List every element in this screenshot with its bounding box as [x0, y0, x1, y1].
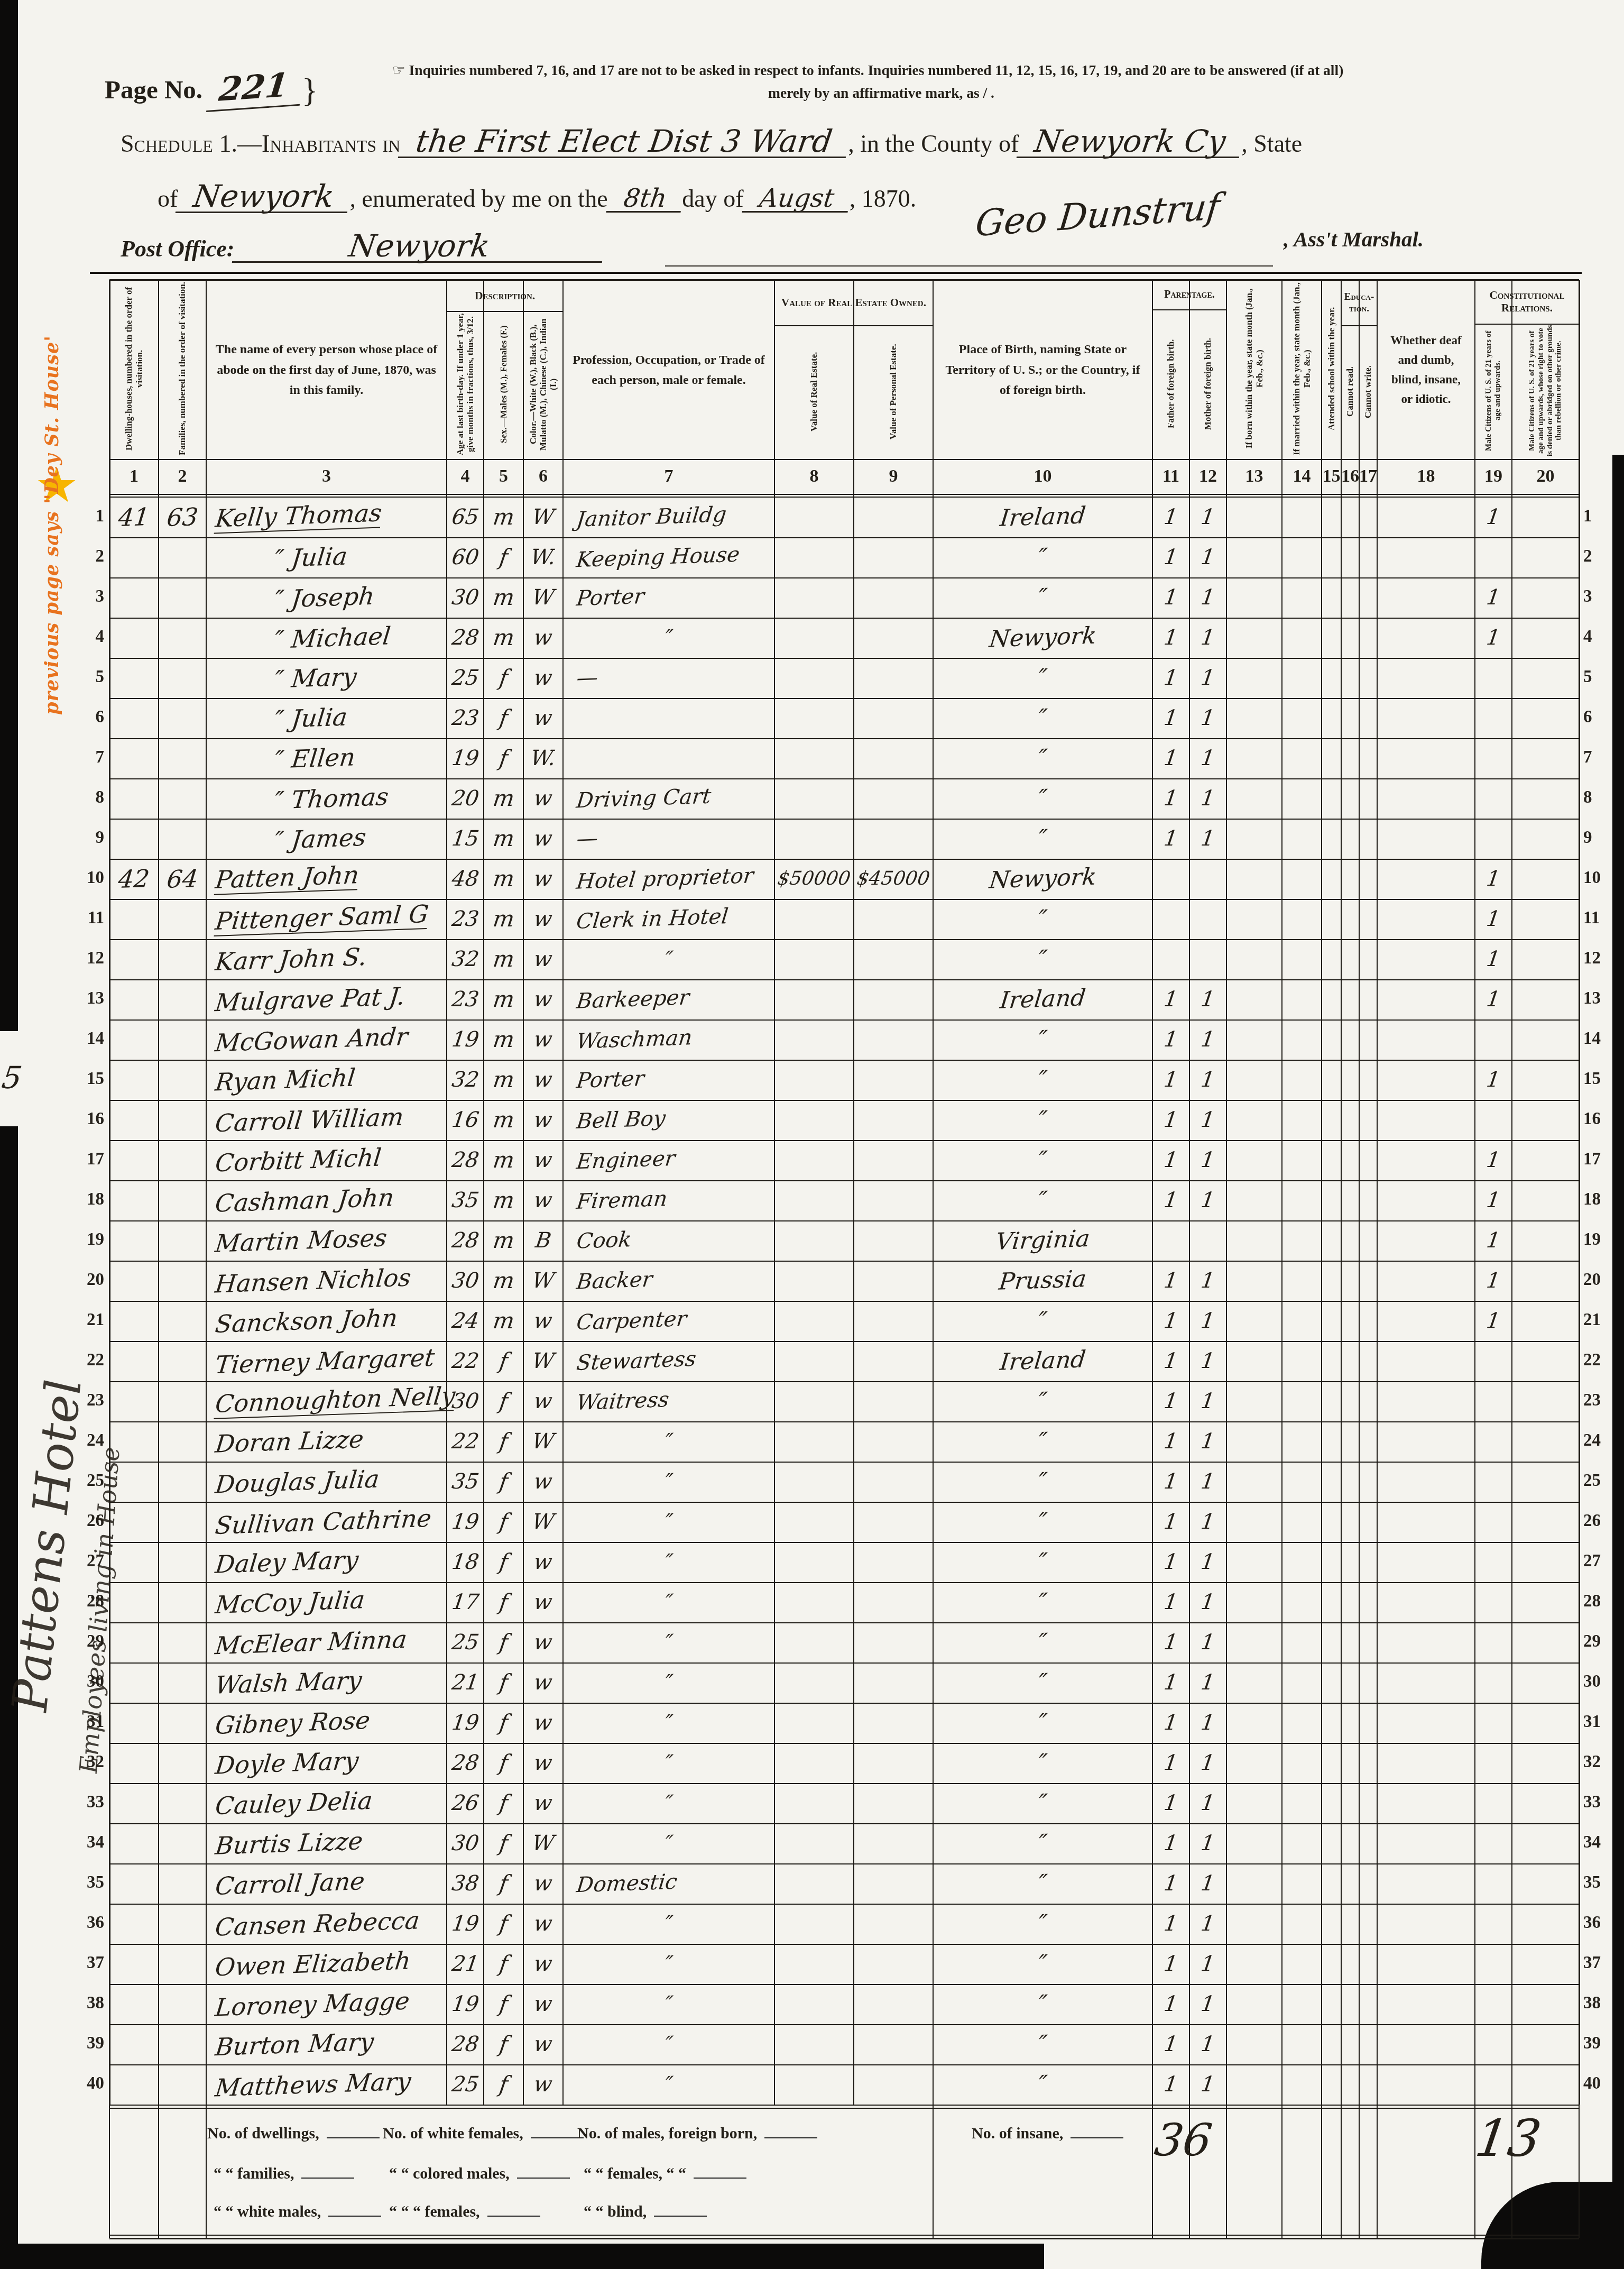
row-number-left: 9 — [80, 828, 104, 848]
row-number-right: 26 — [1583, 1511, 1615, 1531]
row-number-right: 15 — [1583, 1069, 1615, 1089]
cell-age: 25 — [447, 1622, 484, 1662]
cell-male-citizen: 1 — [1475, 1180, 1512, 1220]
cell-father-foreign: 1 — [1152, 1904, 1189, 1944]
cell-male-citizen: 1 — [1475, 979, 1512, 1019]
row-number-left: 22 — [80, 1351, 104, 1370]
cell-father-foreign: 1 — [1152, 658, 1189, 698]
cell-sex: m — [484, 1261, 523, 1301]
census-page: { "page": { "label": "Page No.", "number… — [0, 0, 1624, 2269]
footer-total-foreign-parents: 36 — [1151, 2114, 1215, 2166]
cell-occupation: ″ — [563, 1703, 774, 1743]
row-number-right: 34 — [1583, 1833, 1615, 1852]
row-number-right: 22 — [1583, 1351, 1615, 1370]
cell-age: 21 — [447, 1944, 484, 1984]
cell-name: Loroney Magge — [206, 1984, 447, 2024]
row-number-right: 10 — [1583, 868, 1615, 888]
cell-birthplace: ″ — [933, 819, 1152, 859]
county-field: Newyork Cy — [1017, 126, 1243, 158]
row-number-left: 12 — [80, 949, 104, 968]
cell-dwelling: 41 — [109, 497, 159, 537]
row-number-left: 23 — [80, 1391, 104, 1410]
scan-corner — [1481, 2182, 1624, 2269]
cell-sex: f — [484, 1703, 523, 1743]
cell-birthplace: ″ — [933, 2064, 1152, 2105]
row-number-right: 11 — [1583, 908, 1615, 928]
cell-color: w — [523, 819, 563, 859]
cell-occupation: Bell Boy — [563, 1100, 774, 1140]
cell-occupation: Clerk in Hotel — [563, 899, 774, 939]
cell-name: Mulgrave Pat J. — [206, 979, 447, 1019]
row-number-right: 20 — [1583, 1270, 1615, 1290]
schedule-line-1: Schedule 1.—Inhabitants in the First Ele… — [121, 126, 1302, 158]
cell-name: ″ Joseph — [206, 577, 447, 618]
table-grid-line — [853, 280, 854, 2105]
cell-father-foreign: 1 — [1152, 1743, 1189, 1783]
cell-birthplace: ″ — [933, 537, 1152, 577]
footer-item: “ “ females, “ “ — [584, 2165, 746, 2183]
state-field: Newyork — [176, 181, 352, 213]
cell-mother-foreign: 1 — [1189, 819, 1226, 859]
cell-name: Patten John — [206, 859, 447, 899]
cell-color: w — [523, 939, 563, 979]
cell-color: w — [523, 1904, 563, 1944]
column-number-6: 6 — [523, 460, 563, 493]
cell-occupation: Porter — [563, 1060, 774, 1100]
scan-edge-bottom — [0, 2244, 1044, 2269]
table-grid-line — [1359, 2105, 1360, 2238]
cell-father-foreign: 1 — [1152, 1662, 1189, 1703]
cell-father-foreign: 1 — [1152, 1019, 1189, 1060]
cell-birthplace: ″ — [933, 778, 1152, 819]
row-number-left: 38 — [80, 1994, 104, 2013]
cell-color: w — [523, 1462, 563, 1502]
table-grid-line — [1377, 2105, 1378, 2238]
cell-age: 18 — [447, 1542, 484, 1582]
cell-age: 28 — [447, 618, 484, 658]
cell-name: Corbitt Michl — [206, 1140, 447, 1180]
column-header-9: Value of Personal Estate. — [854, 326, 933, 457]
row-number-right: 31 — [1583, 1712, 1615, 1732]
scan-edge-left — [0, 0, 18, 1031]
cell-father-foreign: 1 — [1152, 577, 1189, 618]
cell-mother-foreign: 1 — [1189, 1140, 1226, 1180]
cell-age: 22 — [447, 1421, 484, 1462]
cell-color: w — [523, 2064, 563, 2105]
cell-occupation: Driving Cart — [563, 778, 774, 819]
row-number-right: 40 — [1583, 2074, 1615, 2093]
cell-mother-foreign: 1 — [1189, 778, 1226, 819]
cell-mother-foreign: 1 — [1189, 1662, 1226, 1703]
column-number-9: 9 — [854, 460, 933, 493]
column-number-1: 1 — [109, 460, 159, 493]
row-number-right: 6 — [1583, 708, 1615, 727]
column-group-education: Educa- tion. — [1342, 280, 1377, 326]
cell-name: Sanckson John — [206, 1301, 447, 1341]
cell-sex: m — [484, 939, 523, 979]
cell-mother-foreign: 1 — [1189, 1180, 1226, 1220]
row-number-right: 1 — [1583, 507, 1615, 526]
table-grid-line — [109, 494, 1579, 495]
cell-sex: m — [484, 618, 523, 658]
cell-mother-foreign: 1 — [1189, 1462, 1226, 1502]
cell-birthplace: ″ — [933, 1783, 1152, 1823]
footer-item: No. of white females, — [383, 2125, 584, 2143]
column-header-7: Profession, Occupation, or Trade of each… — [563, 280, 774, 460]
row-number-left: 28 — [80, 1592, 104, 1611]
row-number-right: 24 — [1583, 1431, 1615, 1450]
cell-father-foreign: 1 — [1152, 698, 1189, 738]
row-number-left: 14 — [80, 1029, 104, 1049]
cell-age: 30 — [447, 1381, 484, 1421]
cell-mother-foreign: 1 — [1189, 2024, 1226, 2064]
row-number-right: 37 — [1583, 1953, 1615, 1973]
row-number-right: 14 — [1583, 1029, 1615, 1049]
cell-name: Burtis Lizze — [206, 1823, 447, 1863]
cell-father-foreign: 1 — [1152, 1301, 1189, 1341]
cell-real-estate: $50000 — [774, 859, 854, 899]
row-number-left: 40 — [80, 2074, 104, 2093]
cell-age: 16 — [447, 1100, 484, 1140]
cell-male-citizen: 1 — [1475, 618, 1512, 658]
cell-color: W — [523, 1421, 563, 1462]
cell-birthplace: ″ — [933, 1180, 1152, 1220]
cell-birthplace: ″ — [933, 899, 1152, 939]
table-grid-line — [1474, 2105, 1475, 2238]
cell-age: 19 — [447, 1984, 484, 2024]
cell-father-foreign: 1 — [1152, 1462, 1189, 1502]
row-number-left: 11 — [80, 908, 104, 928]
cell-mother-foreign: 1 — [1189, 1743, 1226, 1783]
cell-name: Doran Lizze — [206, 1421, 447, 1462]
cell-father-foreign: 1 — [1152, 497, 1189, 537]
cell-age: 19 — [447, 1703, 484, 1743]
pointing-hand-icon: ☞ — [392, 62, 405, 79]
cell-dwelling: 42 — [109, 859, 159, 899]
cell-name: Doyle Mary — [206, 1743, 447, 1783]
cell-mother-foreign: 1 — [1189, 1703, 1226, 1743]
cell-sex: f — [484, 1823, 523, 1863]
cell-mother-foreign: 1 — [1189, 1100, 1226, 1140]
cell-name: Walsh Mary — [206, 1662, 447, 1703]
cell-birthplace: ″ — [933, 1502, 1152, 1542]
cell-color: w — [523, 2024, 563, 2064]
enumerated-label: , enumerated by me on the — [350, 185, 608, 213]
row-number-right: 8 — [1583, 788, 1615, 807]
column-number-19: 19 — [1475, 460, 1512, 493]
cell-occupation: ″ — [563, 1904, 774, 1944]
cell-color: W. — [523, 537, 563, 577]
cell-name: Cashman John — [206, 1180, 447, 1220]
cell-occupation: Janitor Buildg — [563, 497, 774, 537]
column-header-6: Color.—White (W.), Black (B.), Mulatto (… — [523, 312, 563, 457]
cell-father-foreign: 1 — [1152, 819, 1189, 859]
cell-birthplace: ″ — [933, 1301, 1152, 1341]
cell-occupation: ″ — [563, 1542, 774, 1582]
marshal-signature: Geo Dunstruf — [973, 186, 1222, 245]
column-number-8: 8 — [774, 460, 854, 493]
cell-male-citizen: 1 — [1475, 899, 1512, 939]
row-number-left: 37 — [80, 1953, 104, 1973]
table-grid-line — [1281, 280, 1282, 2105]
cell-name: McElear Minna — [206, 1622, 447, 1662]
row-number-left: 30 — [80, 1672, 104, 1692]
cell-name: ″ Julia — [206, 537, 447, 577]
cell-father-foreign: 1 — [1152, 1944, 1189, 1984]
column-header-16: Cannot read. — [1341, 326, 1359, 457]
cell-father-foreign: 1 — [1152, 1783, 1189, 1823]
cell-father-foreign: 1 — [1152, 1341, 1189, 1381]
cell-color: w — [523, 1863, 563, 1904]
cell-occupation: Waschman — [563, 1019, 774, 1060]
margin-annotation-note: previous page says "Dey St. House' — [41, 503, 63, 715]
cell-color: w — [523, 1381, 563, 1421]
row-number-right: 27 — [1583, 1551, 1615, 1571]
cell-sex: m — [484, 819, 523, 859]
row-number-left: 3 — [80, 587, 104, 607]
footer-item: “ “ “ females, — [389, 2203, 540, 2221]
cell-occupation: Cook — [563, 1220, 774, 1261]
cell-color: w — [523, 1060, 563, 1100]
cell-birthplace: ″ — [933, 1060, 1152, 1100]
row-number-right: 25 — [1583, 1471, 1615, 1491]
cell-age: 28 — [447, 1140, 484, 1180]
cell-mother-foreign: 1 — [1189, 1622, 1226, 1662]
footer-item: “ “ blind, — [584, 2203, 707, 2221]
cell-mother-foreign: 1 — [1189, 1019, 1226, 1060]
cell-sex: m — [484, 859, 523, 899]
column-number-3: 3 — [206, 460, 447, 493]
cell-sex: f — [484, 1582, 523, 1622]
cell-color: W. — [523, 738, 563, 778]
cell-birthplace: ″ — [933, 1662, 1152, 1703]
cell-birthplace: ″ — [933, 1944, 1152, 1984]
row-number-right: 5 — [1583, 667, 1615, 687]
signature-rule — [665, 265, 1273, 267]
cell-mother-foreign: 1 — [1189, 1421, 1226, 1462]
row-number-right: 38 — [1583, 1994, 1615, 2013]
table-grid-line — [1359, 280, 1360, 2105]
margin-number-note: 5 — [0, 1060, 24, 1096]
cell-sex: m — [484, 1019, 523, 1060]
footer-item: No. of dwellings, — [207, 2125, 380, 2143]
row-number-right: 32 — [1583, 1752, 1615, 1772]
row-number-left: 35 — [80, 1873, 104, 1893]
column-header-17: Cannot write. — [1359, 326, 1377, 457]
post-office-line: Post Office: Newyork — [121, 231, 604, 263]
row-number-left: 10 — [80, 868, 104, 888]
cell-age: 19 — [447, 1502, 484, 1542]
column-number-10: 10 — [933, 460, 1152, 493]
cell-color: w — [523, 1703, 563, 1743]
table-grid-line — [1579, 280, 1580, 2105]
row-number-right: 19 — [1583, 1230, 1615, 1250]
cell-color: w — [523, 979, 563, 1019]
cell-sex: f — [484, 1662, 523, 1703]
column-number-15: 15 — [1322, 460, 1341, 493]
cell-color: w — [523, 1100, 563, 1140]
cell-name: Daley Mary — [206, 1542, 447, 1582]
column-header-2: Families, numbered in the order of visit… — [159, 280, 206, 457]
cell-color: w — [523, 1662, 563, 1703]
cell-color: w — [523, 1783, 563, 1823]
row-number-left: 39 — [80, 2034, 104, 2053]
row-number-right: 9 — [1583, 828, 1615, 848]
cell-name: Kelly Thomas — [206, 497, 447, 537]
cell-birthplace: ″ — [933, 1462, 1152, 1502]
table-grid-line — [109, 2105, 110, 2238]
cell-occupation: Waitress — [563, 1381, 774, 1421]
cell-occupation: Backer — [563, 1261, 774, 1301]
cell-sex: f — [484, 1622, 523, 1662]
cell-color: w — [523, 1180, 563, 1220]
cell-family: 64 — [159, 859, 206, 899]
column-header-10: Place of Birth, naming State or Territor… — [933, 280, 1152, 460]
row-number-left: 26 — [80, 1511, 104, 1531]
cell-name: Matthews Mary — [206, 2064, 447, 2105]
cell-birthplace: ″ — [933, 1582, 1152, 1622]
table-grid-line — [109, 2235, 1579, 2236]
cell-sex: f — [484, 1341, 523, 1381]
cell-father-foreign: 1 — [1152, 1060, 1189, 1100]
cell-mother-foreign: 1 — [1189, 1904, 1226, 1944]
cell-sex: f — [484, 1381, 523, 1421]
cell-father-foreign: 1 — [1152, 1421, 1189, 1462]
table-top-rule — [90, 272, 1582, 274]
cell-name: ″ Mary — [206, 658, 447, 698]
cell-age: 38 — [447, 1863, 484, 1904]
cell-male-citizen: 1 — [1475, 859, 1512, 899]
cell-occupation: ″ — [563, 2024, 774, 2064]
cell-mother-foreign: 1 — [1189, 1984, 1226, 2024]
cell-sex: f — [484, 1863, 523, 1904]
cell-sex: m — [484, 1100, 523, 1140]
schedule-line-2: of Newyork , enumerated by me on the 8th… — [158, 181, 916, 213]
row-number-left: 2 — [80, 547, 104, 566]
cell-name: Carroll Jane — [206, 1863, 447, 1904]
cell-birthplace: ″ — [933, 1381, 1152, 1421]
post-office-field: Newyork — [232, 231, 607, 263]
cell-age: 35 — [447, 1180, 484, 1220]
page-number-label: Page No. — [105, 75, 202, 104]
cell-name: Ryan Michl — [206, 1060, 447, 1100]
cell-age: 30 — [447, 1261, 484, 1301]
table-grid-line — [1281, 2105, 1282, 2238]
row-number-right: 29 — [1583, 1632, 1615, 1651]
cell-sex: m — [484, 497, 523, 537]
cell-birthplace: Ireland — [933, 497, 1152, 537]
row-number-right: 12 — [1583, 949, 1615, 968]
cell-age: 23 — [447, 698, 484, 738]
schedule-prefix: Schedule 1.—Inhabitants in — [121, 130, 400, 158]
cell-color: w — [523, 1542, 563, 1582]
cell-age: 32 — [447, 1060, 484, 1100]
cell-mother-foreign: 1 — [1189, 497, 1226, 537]
table-grid-line — [1341, 280, 1342, 2105]
cell-occupation: Domestic — [563, 1863, 774, 1904]
cell-sex: f — [484, 1421, 523, 1462]
cell-sex: m — [484, 1301, 523, 1341]
footer-item: “ “ colored males, — [389, 2165, 570, 2183]
cell-birthplace: Virginia — [933, 1220, 1152, 1261]
cell-birthplace: Newyork — [933, 859, 1152, 899]
column-header-8: Value of Real Estate. — [774, 326, 854, 457]
row-number-right: 4 — [1583, 627, 1615, 647]
cell-birthplace: ″ — [933, 1622, 1152, 1662]
cell-sex: m — [484, 1060, 523, 1100]
column-header-13: If born within the year, state month (Ja… — [1226, 280, 1282, 457]
cell-age: 28 — [447, 2024, 484, 2064]
column-number-18: 18 — [1377, 460, 1475, 493]
cell-mother-foreign: 1 — [1189, 1823, 1226, 1863]
cell-occupation: ″ — [563, 1944, 774, 1984]
cell-color: B — [523, 1220, 563, 1261]
row-number-left: 17 — [80, 1150, 104, 1169]
table-grid-line — [158, 280, 159, 2105]
cell-color: w — [523, 859, 563, 899]
cell-age: 28 — [447, 1743, 484, 1783]
row-number-left: 18 — [80, 1190, 104, 1209]
cell-mother-foreign: 1 — [1189, 1542, 1226, 1582]
column-header-1: Dwelling-houses, numbered in the order o… — [109, 280, 159, 457]
cell-name: McCoy Julia — [206, 1582, 447, 1622]
row-number-left: 1 — [80, 507, 104, 526]
cell-name: Burton Mary — [206, 2024, 447, 2064]
cell-sex: f — [484, 2064, 523, 2105]
cell-father-foreign: 1 — [1152, 1823, 1189, 1863]
cell-mother-foreign: 1 — [1189, 577, 1226, 618]
cell-sex: f — [484, 1502, 523, 1542]
cell-male-citizen: 1 — [1475, 1220, 1512, 1261]
cell-birthplace: ″ — [933, 1019, 1152, 1060]
cell-sex: m — [484, 778, 523, 819]
cell-sex: m — [484, 899, 523, 939]
cell-father-foreign: 1 — [1152, 1140, 1189, 1180]
cell-mother-foreign: 1 — [1189, 738, 1226, 778]
cell-sex: f — [484, 1542, 523, 1582]
cell-age: 17 — [447, 1582, 484, 1622]
cell-occupation: Barkeeper — [563, 979, 774, 1019]
footer-item: No. of males, foreign born, — [577, 2125, 817, 2143]
row-number-left: 6 — [80, 708, 104, 727]
cell-name: Pittenger Saml G — [206, 899, 447, 939]
cell-birthplace: Prussia — [933, 1261, 1152, 1301]
cell-color: w — [523, 1140, 563, 1180]
table-grid-line — [109, 2105, 1579, 2106]
row-number-left: 5 — [80, 667, 104, 687]
cell-male-citizen: 1 — [1475, 1301, 1512, 1341]
row-number-left: 20 — [80, 1270, 104, 1290]
cell-male-citizen: 1 — [1475, 939, 1512, 979]
cell-color: w — [523, 658, 563, 698]
cell-father-foreign: 1 — [1152, 618, 1189, 658]
row-number-left: 13 — [80, 989, 104, 1008]
column-header-14: If married within the year, state month … — [1282, 280, 1322, 457]
column-number-20: 20 — [1512, 460, 1579, 493]
row-number-right: 33 — [1583, 1793, 1615, 1812]
cell-name: ″ James — [206, 819, 447, 859]
cell-sex: m — [484, 1180, 523, 1220]
cell-birthplace: ″ — [933, 658, 1152, 698]
column-group-constitutional: Constitutional Relations. — [1475, 280, 1579, 325]
row-number-left: 25 — [80, 1471, 104, 1491]
cell-occupation: ″ — [563, 939, 774, 979]
footer-insane-label: No. of insane, — [972, 2125, 1123, 2143]
cell-father-foreign: 1 — [1152, 1984, 1189, 2024]
cell-father-foreign: 1 — [1152, 537, 1189, 577]
cell-father-foreign: 1 — [1152, 1582, 1189, 1622]
cell-age: 20 — [447, 778, 484, 819]
